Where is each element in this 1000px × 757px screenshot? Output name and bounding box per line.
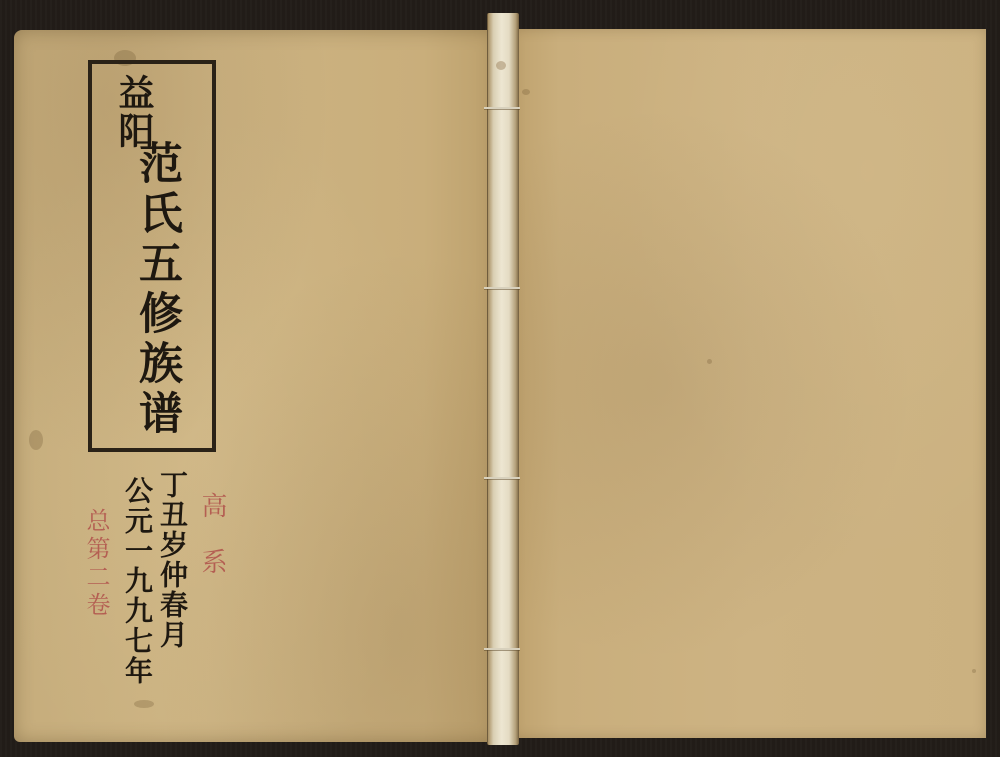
binding-stitch	[484, 287, 520, 289]
binding-stitch	[484, 648, 520, 650]
paper-stain	[522, 89, 530, 95]
date-lunar: 丁丑岁仲春月	[158, 470, 186, 650]
paper-stain	[134, 700, 154, 708]
book-spine	[487, 13, 519, 745]
volume-stamp: 总第二卷	[84, 508, 108, 620]
date-gregorian: 公元一九九七年	[123, 476, 151, 686]
branch-stamp: 高系	[199, 492, 225, 604]
place-name: 益阳	[108, 74, 159, 150]
front-cover	[14, 30, 496, 742]
binding-stitch	[484, 477, 520, 479]
paper-stain	[29, 430, 43, 450]
back-cover	[512, 29, 986, 738]
paper-stain	[707, 359, 712, 364]
binding-stitch	[484, 107, 520, 109]
spine-stain	[496, 61, 506, 70]
book-title: 范氏五修族谱	[134, 140, 178, 440]
paper-stain	[972, 669, 976, 673]
title-label-frame: 益阳 范氏五修族谱	[88, 60, 216, 452]
